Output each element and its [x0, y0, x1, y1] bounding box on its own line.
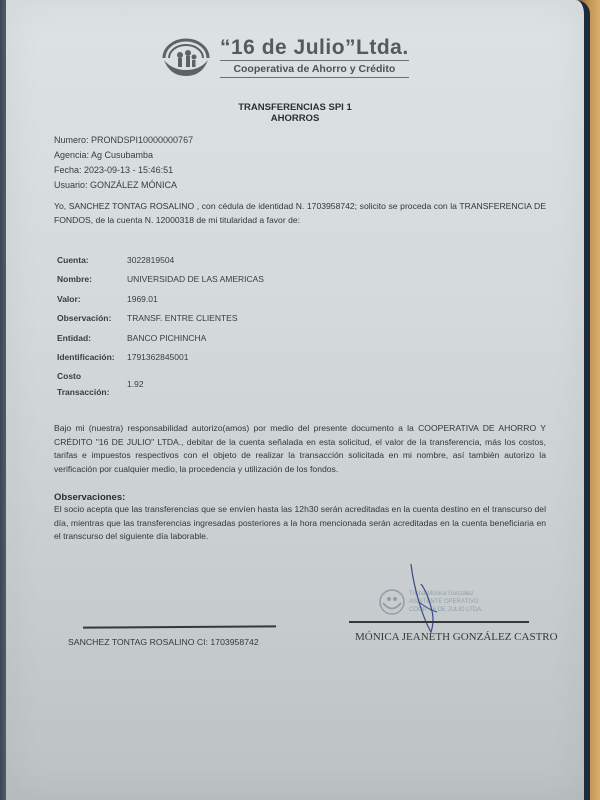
detail-label-line-1: Costo [57, 371, 81, 381]
client-signature-name: SANCHEZ TONTAG ROSALINO CI: 1703958742 [68, 637, 259, 647]
request-paragraph: Yo, SANCHEZ TONTAG ROSALINO , con cédula… [54, 200, 546, 227]
document-title: TRANSFERENCIAS SPI 1 AHORROS [6, 102, 584, 124]
detail-label: Entidad: [57, 333, 127, 343]
officer-signature-name: MÓNICA JEANETH GONZÁLEZ CASTRO [355, 631, 558, 643]
document-page: “16 de Julio”Ltda. Cooperativa de Ahorro… [6, 0, 590, 800]
title-line-2: AHORROS [6, 113, 584, 124]
detail-value: BANCO PICHINCHA [127, 333, 206, 343]
meta-usuario: Usuario: GONZÁLEZ MÓNICA [54, 178, 193, 193]
detail-row-observacion: Observación: TRANSF. ENTRE CLIENTES [57, 309, 264, 329]
detail-label: Observación: [57, 313, 127, 323]
detail-value: 3022819504 [127, 255, 174, 265]
detail-row-identificacion: Identificación: 1791362845001 [57, 348, 264, 368]
detail-value: 1.92 [127, 379, 144, 389]
transfer-details: Cuenta: 3022819504 Nombre: UNIVERSIDAD D… [57, 250, 264, 401]
org-subtitle: Cooperativa de Ahorro y Crédito [220, 61, 409, 78]
org-name: “16 de Julio”Ltda. [220, 36, 409, 61]
detail-row-entidad: Entidad: BANCO PICHINCHA [57, 328, 264, 348]
meta-agencia: Agencia: Ag Cusubamba [54, 148, 193, 163]
observaciones-text: El socio acepta que las transferencias q… [54, 503, 546, 544]
title-line-1: TRANSFERENCIAS SPI 1 [6, 102, 584, 113]
detail-value: 1969.01 [127, 294, 158, 304]
officer-signature-line [349, 621, 529, 623]
client-signature-line [83, 625, 276, 628]
detail-value: UNIVERSIDAD DE LAS AMERICAS [127, 274, 264, 284]
meta-fecha: Fecha: 2023-09-13 - 15:46:51 [54, 163, 193, 178]
detail-row-cuenta: Cuenta: 3022819504 [57, 250, 264, 270]
detail-row-valor: Valor: 1969.01 [57, 289, 264, 309]
detail-label: Nombre: [57, 274, 127, 284]
detail-value: 1791362845001 [127, 352, 188, 362]
detail-value: TRANSF. ENTRE CLIENTES [127, 313, 238, 323]
detail-row-nombre: Nombre: UNIVERSIDAD DE LAS AMERICAS [57, 270, 264, 290]
detail-row-costo-transaccion: Costo Transacción: 1.92 [57, 367, 264, 401]
detail-label: Identificación: [57, 352, 127, 362]
authorization-paragraph: Bajo mi (nuestra) responsabilidad autori… [54, 422, 546, 476]
detail-label: Cuenta: [57, 255, 127, 265]
org-logo: “16 de Julio”Ltda. Cooperativa de Ahorro… [160, 36, 409, 78]
cooperative-hands-emblem-icon [160, 36, 212, 78]
transaction-meta: Numero: PRONDSPI10000000767 Agencia: Ag … [54, 133, 193, 193]
detail-label: Costo Transacción: [57, 368, 127, 400]
meta-numero: Numero: PRONDSPI10000000767 [54, 133, 193, 148]
detail-label-line-2: Transacción: [57, 387, 109, 397]
observaciones-heading: Observaciones: [54, 492, 125, 503]
detail-label: Valor: [57, 294, 127, 304]
